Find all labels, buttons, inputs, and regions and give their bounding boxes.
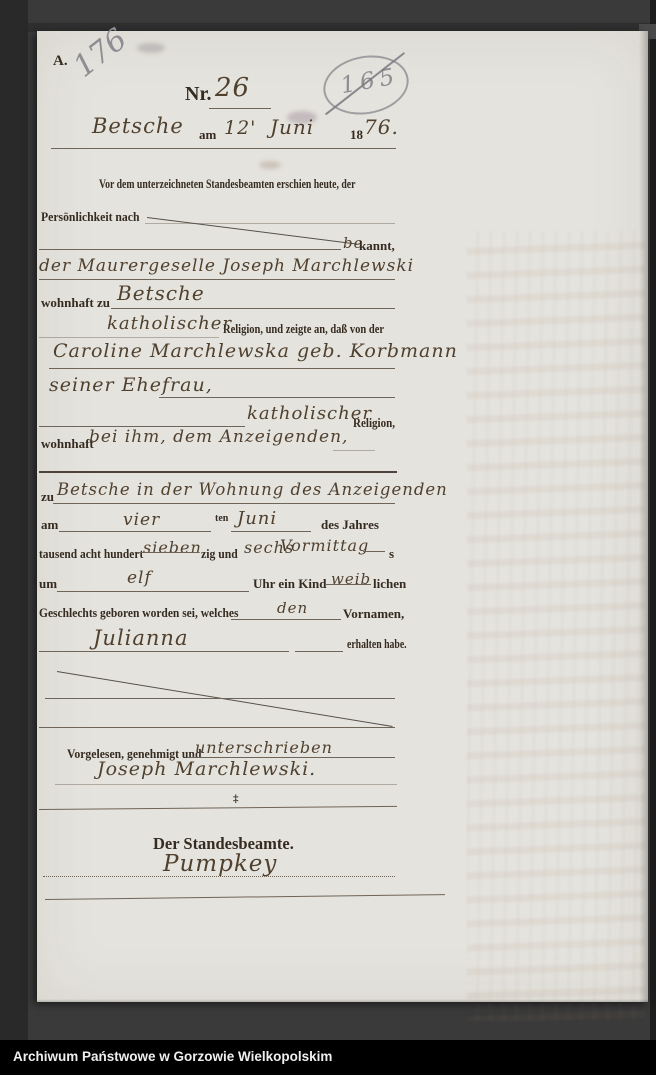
- erhalten-label: erhalten habe.: [347, 636, 407, 652]
- hour-value: elf: [127, 568, 152, 588]
- am2-label: am: [41, 517, 58, 533]
- month-value: Juni: [270, 115, 314, 139]
- blank-line-3: [45, 698, 395, 699]
- tausend-label: tausend acht hundert: [39, 546, 143, 562]
- nr-value: 26: [215, 73, 250, 103]
- residence-value: Betsche: [117, 281, 205, 305]
- blank-line-2: [39, 249, 341, 250]
- hour-underline: [57, 591, 249, 592]
- signature-line-faint: [55, 784, 397, 785]
- archive-name: Archiwum Państwowe w Gorzowie Wielkopols…: [13, 1049, 332, 1064]
- decade-strike: [137, 552, 199, 553]
- nr-label: Nr.: [185, 83, 211, 106]
- mother-residence-underline: [333, 450, 375, 451]
- relation-underline: [159, 397, 395, 398]
- birth-month-underline: [231, 531, 311, 532]
- religion1-underline: [39, 337, 219, 338]
- birthplace-underline: [53, 503, 395, 504]
- mother-value: Caroline Marchlewska geb. Korbmann: [53, 340, 458, 362]
- year-printed: 18: [350, 127, 363, 143]
- mother-underline: [49, 368, 395, 369]
- declarant-value: der Maurergeselle Joseph Marchlewski: [39, 256, 414, 276]
- unterschrieben-value: unterschrieben: [195, 738, 333, 757]
- religion2-label: Religion,: [353, 415, 395, 431]
- um-label: um: [39, 576, 57, 592]
- gender-strike: [325, 584, 371, 585]
- bottom-line: [45, 894, 445, 900]
- mother-residence-value: bei ihm, dem Anzeigenden,: [89, 427, 348, 447]
- s-label: s: [389, 546, 394, 562]
- wohnhaft-zu-label: wohnhaft zu: [41, 295, 110, 311]
- scan-left-shadow: [0, 0, 28, 1040]
- child-name-value: Julianna: [93, 626, 188, 650]
- kannt-label: kannt,: [359, 238, 395, 254]
- declarant-signature: Joseph Marchlewski.: [97, 758, 316, 780]
- intro-line: Vor dem unterzeichneten Standesbeamten e…: [99, 177, 355, 192]
- blank-line-4: [39, 727, 395, 728]
- name-underline-1: [39, 651, 289, 652]
- corner-letter: A.: [53, 53, 68, 70]
- blank-line-1: [145, 223, 395, 224]
- des-jahres-label: des Jahres: [321, 517, 379, 533]
- ink-bleed-through: [467, 231, 645, 1021]
- den-underline: [231, 619, 341, 620]
- registrar-signature-line: [43, 876, 395, 877]
- pencil-smudge: [137, 43, 165, 53]
- scan-viewport: A. 176 165 Nr. 26 Betsche am 12' Juni 18…: [0, 0, 656, 1075]
- closing-line: [39, 806, 397, 810]
- vornamen-label: Vornamen,: [343, 606, 404, 622]
- date-underline: [51, 148, 396, 149]
- wohnhaft-label: wohnhaft: [41, 436, 94, 452]
- persoenlichkeit-label: Persönlichkeit nach: [41, 209, 139, 225]
- den-value: den: [277, 599, 308, 617]
- religion1-label: Religion, und zeigte an, daß von der: [223, 322, 384, 337]
- year-value: 76.: [364, 115, 399, 139]
- cancel-stroke-1: [147, 217, 357, 245]
- archive-footer-bar: Archiwum Państwowe w Gorzowie Wielkopols…: [0, 1040, 656, 1075]
- name-underline-2: [295, 651, 343, 652]
- place-value: Betsche: [92, 114, 184, 138]
- section-divider: [39, 471, 397, 473]
- birth-month-value: Juni: [237, 508, 277, 529]
- circled-number-text: 165: [339, 63, 402, 99]
- day-value: 12': [224, 117, 256, 139]
- ten-label: ten: [215, 513, 228, 524]
- document-page: A. 176 165 Nr. 26 Betsche am 12' Juni 18…: [37, 31, 648, 1002]
- mother-relation-value: seiner Ehefrau,: [49, 374, 213, 396]
- nr-underline: [209, 108, 271, 109]
- birth-day-value: vier: [123, 510, 160, 530]
- geschlecht-label: Geschlechts geboren worden sei, welches: [39, 606, 238, 621]
- gender-value: weib: [331, 570, 371, 588]
- zig-und-label: zig und: [201, 546, 238, 562]
- declarant-underline: [39, 279, 395, 280]
- residence-underline: [111, 308, 395, 309]
- pencil-circled-number: 165: [319, 49, 414, 121]
- pencil-folio-number: 176: [67, 22, 134, 85]
- am-label: am: [199, 127, 216, 143]
- dagger-mark: ‡: [233, 793, 239, 805]
- small-stain: [259, 161, 281, 169]
- uhr-label: Uhr ein Kind: [253, 576, 326, 592]
- decade-value: sieben: [143, 538, 202, 557]
- daytime-value: Vormittag: [280, 536, 369, 555]
- birth-day-underline: [59, 531, 211, 532]
- scan-right-edge: [650, 0, 656, 1040]
- registrar-signature: Pumpkey: [163, 851, 277, 877]
- daytime-dash: [363, 551, 385, 552]
- lichen-label: lichen: [373, 576, 406, 592]
- birthplace-value: Betsche in der Wohnung des Anzeigenden: [57, 480, 448, 499]
- religion1-value: katholischer: [107, 313, 232, 334]
